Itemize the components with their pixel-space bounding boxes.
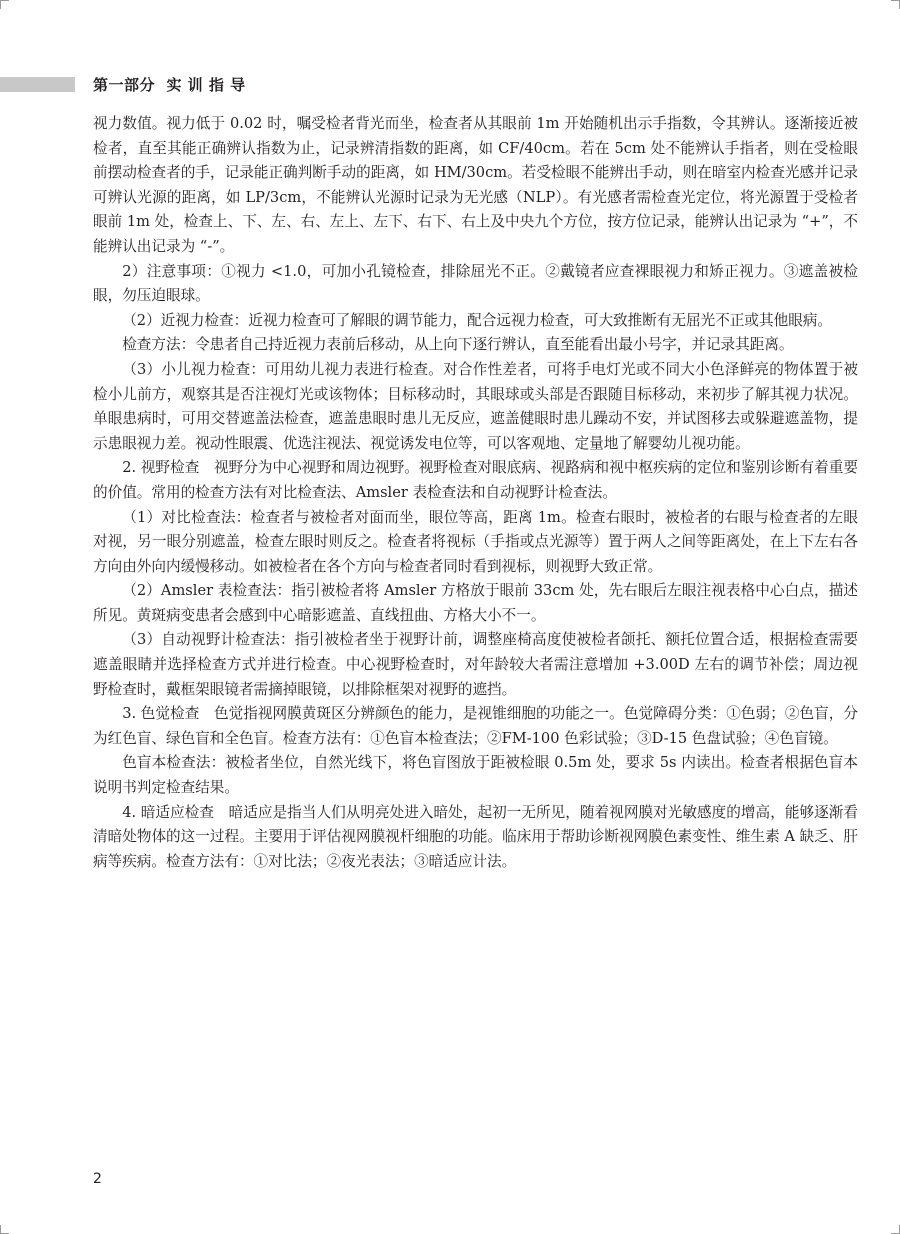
paragraph-text: （2）近视力检查：近视力检查可了解眼的调节能力，配合远视力检查，可大致推断有无屈…: [122, 312, 832, 329]
paragraph-visual-field: 2. 视野检查视野分为中心视野和周边视野。视野检查对眼底病、视路病和视中枢疾病的…: [93, 456, 858, 505]
body-text: 视力数值。视力低于 0.02 时，嘱受检者背光而坐，检查者从其眼前 1m 开始随…: [93, 112, 858, 874]
header-decorative-bar: [0, 77, 75, 92]
section-heading: 3. 色觉检查: [122, 705, 199, 722]
paragraph-text: （1）对比检查法：检查者与被检者对面而坐，眼位等高，距离 1m。检查右眼时，被检…: [93, 509, 858, 575]
section-heading: 4. 暗适应检查: [122, 804, 214, 821]
section-title: 第一部分 实 训 指 导: [93, 74, 246, 95]
paragraph-child-vision: （3）小儿视力检查：可用幼儿视力表进行检查。对合作性差者，可将手电灯光或不同大小…: [93, 358, 858, 456]
paragraph-text: （2）Amsler 表检查法：指引被检者将 Amsler 方格放于眼前 33cm…: [93, 582, 858, 624]
running-header: 第一部分 实 训 指 导: [0, 74, 900, 96]
paragraph-color-plate-method: 色盲本检查法：被检者坐位，自然光线下，将色盲图放于距被检眼 0.5m 处，要求 …: [93, 751, 858, 800]
paragraph-text: 色觉指视网膜黄斑区分辨颜色的能力，是视锥细胞的功能之一。色觉障碍分类：①色弱；②…: [93, 705, 858, 747]
paragraph-text: 视野分为中心视野和周边视野。视野检查对眼底病、视路病和视中枢疾病的定位和鉴别诊断…: [93, 459, 858, 501]
paragraph-text: （3）小儿视力检查：可用幼儿视力表进行检查。对合作性差者，可将手电灯光或不同大小…: [93, 361, 858, 452]
paragraph-near-vision-method: 检查方法：令患者自己持近视力表前后移动，从上向下逐行辨认，直至能看出最小号字，并…: [93, 333, 858, 358]
paragraph-amsler-test: （2）Amsler 表检查法：指引被检者将 Amsler 方格放于眼前 33cm…: [93, 579, 858, 628]
crop-mark-bottom-right: [891, 1225, 900, 1234]
paragraph-precautions: 2）注意事项：①视力 <1.0，可加小孔镜检查，排除屈光不正。②戴镜者应查裸眼视…: [93, 260, 858, 309]
paragraph-dark-adaptation: 4. 暗适应检查暗适应是指当人们从明亮处进入暗处，起初一无所见，随着视网膜对光敏…: [93, 801, 858, 875]
paragraph-automated-perimetry: （3）自动视野计检查法：指引被检者坐于视野计前，调整座椅高度使被检者颌托、额托位…: [93, 628, 858, 702]
crop-mark-top-right: [891, 0, 900, 9]
crop-mark-top-left: [0, 0, 9, 9]
paragraph-text: 视力数值。视力低于 0.02 时，嘱受检者背光而坐，检查者从其眼前 1m 开始随…: [93, 115, 858, 255]
paragraph-confrontation-test: （1）对比检查法：检查者与被检者对面而坐，眼位等高，距离 1m。检查右眼时，被检…: [93, 506, 858, 580]
page-number: 2: [93, 1171, 102, 1187]
paragraph-text: 色盲本检查法：被检者坐位，自然光线下，将色盲图放于距被检眼 0.5m 处，要求 …: [93, 754, 858, 796]
paragraph-near-vision: （2）近视力检查：近视力检查可了解眼的调节能力，配合远视力检查，可大致推断有无屈…: [93, 309, 858, 334]
paragraph-vision-low: 视力数值。视力低于 0.02 时，嘱受检者背光而坐，检查者从其眼前 1m 开始随…: [93, 112, 858, 260]
paragraph-text: 2）注意事项：①视力 <1.0，可加小孔镜检查，排除屈光不正。②戴镜者应查裸眼视…: [93, 263, 858, 305]
paragraph-text: 检查方法：令患者自己持近视力表前后移动，从上向下逐行辨认，直至能看出最小号字，并…: [122, 336, 793, 353]
paragraph-color-vision: 3. 色觉检查色觉指视网膜黄斑区分辨颜色的能力，是视锥细胞的功能之一。色觉障碍分…: [93, 702, 858, 751]
crop-mark-bottom-left: [0, 1225, 9, 1234]
section-heading: 2. 视野检查: [122, 459, 199, 476]
paragraph-text: （3）自动视野计检查法：指引被检者坐于视野计前，调整座椅高度使被检者颌托、额托位…: [93, 631, 858, 697]
